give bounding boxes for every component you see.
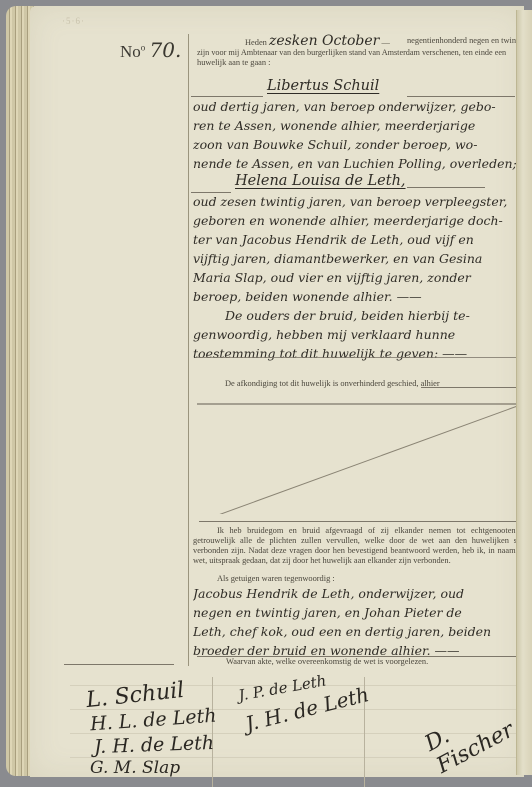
bride-line-6: beroep, beiden wonende alhier. —— bbox=[193, 289, 527, 305]
rule bbox=[407, 96, 515, 97]
faint-reference: ·5·6· bbox=[62, 16, 85, 26]
marriage-date: zesken October bbox=[269, 33, 379, 49]
rule bbox=[199, 521, 521, 522]
rule bbox=[407, 187, 485, 188]
intro-heden: Heden bbox=[245, 38, 267, 47]
groom-line-1: oud dertig jaren, van beroep onderwijzer… bbox=[193, 99, 527, 115]
bride-line-1: oud zesen twintig jaren, van beroep verp… bbox=[193, 194, 527, 210]
witnesses-header: Als getuigen waren tegenwoordig : bbox=[217, 574, 335, 584]
register-page: ·5·6· Noo 70. Heden zesken October — neg… bbox=[30, 6, 524, 777]
witness-line-1: Jacobus Hendrik de Leth, onderwijzer, ou… bbox=[193, 586, 527, 602]
consent-line-3: toestemming tot dit huwelijk te geven: —… bbox=[193, 346, 527, 362]
act-number-prefix: No bbox=[120, 42, 141, 61]
intro-line-2: zijn voor mij Ambtenaar van den burgerli… bbox=[197, 48, 527, 58]
consent-line-1: De ouders der bruid, beiden hierbij te- bbox=[225, 308, 525, 324]
rule bbox=[197, 357, 519, 358]
register-book: ·5·6· Noo 70. Heden zesken October — neg… bbox=[6, 6, 532, 782]
record-form: Heden zesken October — negentienhonderd … bbox=[188, 34, 530, 636]
act-number-value: 70. bbox=[150, 38, 182, 62]
rule bbox=[191, 192, 231, 193]
bride-line-5: Maria Slap, oud vier en vijftig jaren, z… bbox=[193, 270, 527, 286]
bride-line-4: vijftig jaren, diamantbewerker, en van G… bbox=[193, 251, 527, 267]
groom-line-2: ren te Assen, wonende alhier, meerderjar… bbox=[193, 118, 527, 134]
bride-line-2: geboren en wonende alhier, meerderjarige… bbox=[193, 213, 527, 229]
intro-paragraph: Heden zesken October — negentienhonderd … bbox=[197, 36, 527, 68]
groom-line-3: zoon van Bouwke Schuil, zonder beroep, w… bbox=[193, 137, 527, 153]
struck-out-area bbox=[189, 374, 531, 514]
intro-line-3: huwelijk aan te gaan : bbox=[197, 58, 527, 68]
signature-mother: G. M. Slap bbox=[90, 758, 180, 778]
witness-line-2: negen en twintig jaren, en Johan Pieter … bbox=[193, 605, 527, 621]
groom-name: Libertus Schuil bbox=[267, 78, 379, 94]
act-number: Noo 70. bbox=[120, 38, 181, 62]
bride-name: Helena Louisa de Leth, bbox=[235, 173, 406, 189]
declaration-paragraph: Ik heb bruidegom en bruid afgevraagd of … bbox=[193, 526, 529, 566]
signature-area: L. Schuil H. L. de Leth J. H. de Leth G.… bbox=[70, 661, 532, 781]
bride-line-3: ter van Jacobus Hendrik de Leth, oud vij… bbox=[193, 232, 527, 248]
rule bbox=[191, 96, 263, 97]
marriage-year: negentienhonderd negen en twintig, bbox=[407, 36, 527, 46]
signature-father: J. H. de Leth bbox=[94, 732, 215, 758]
right-page-edge bbox=[516, 10, 532, 775]
groom-line-4: nende te Assen, en van Luchien Polling, … bbox=[193, 156, 527, 172]
consent-line-2: genwoordig, hebben mij verklaard hunne bbox=[193, 327, 527, 343]
witness-line-3: Leth, chef kok, oud een en dertig jaren,… bbox=[193, 624, 527, 640]
